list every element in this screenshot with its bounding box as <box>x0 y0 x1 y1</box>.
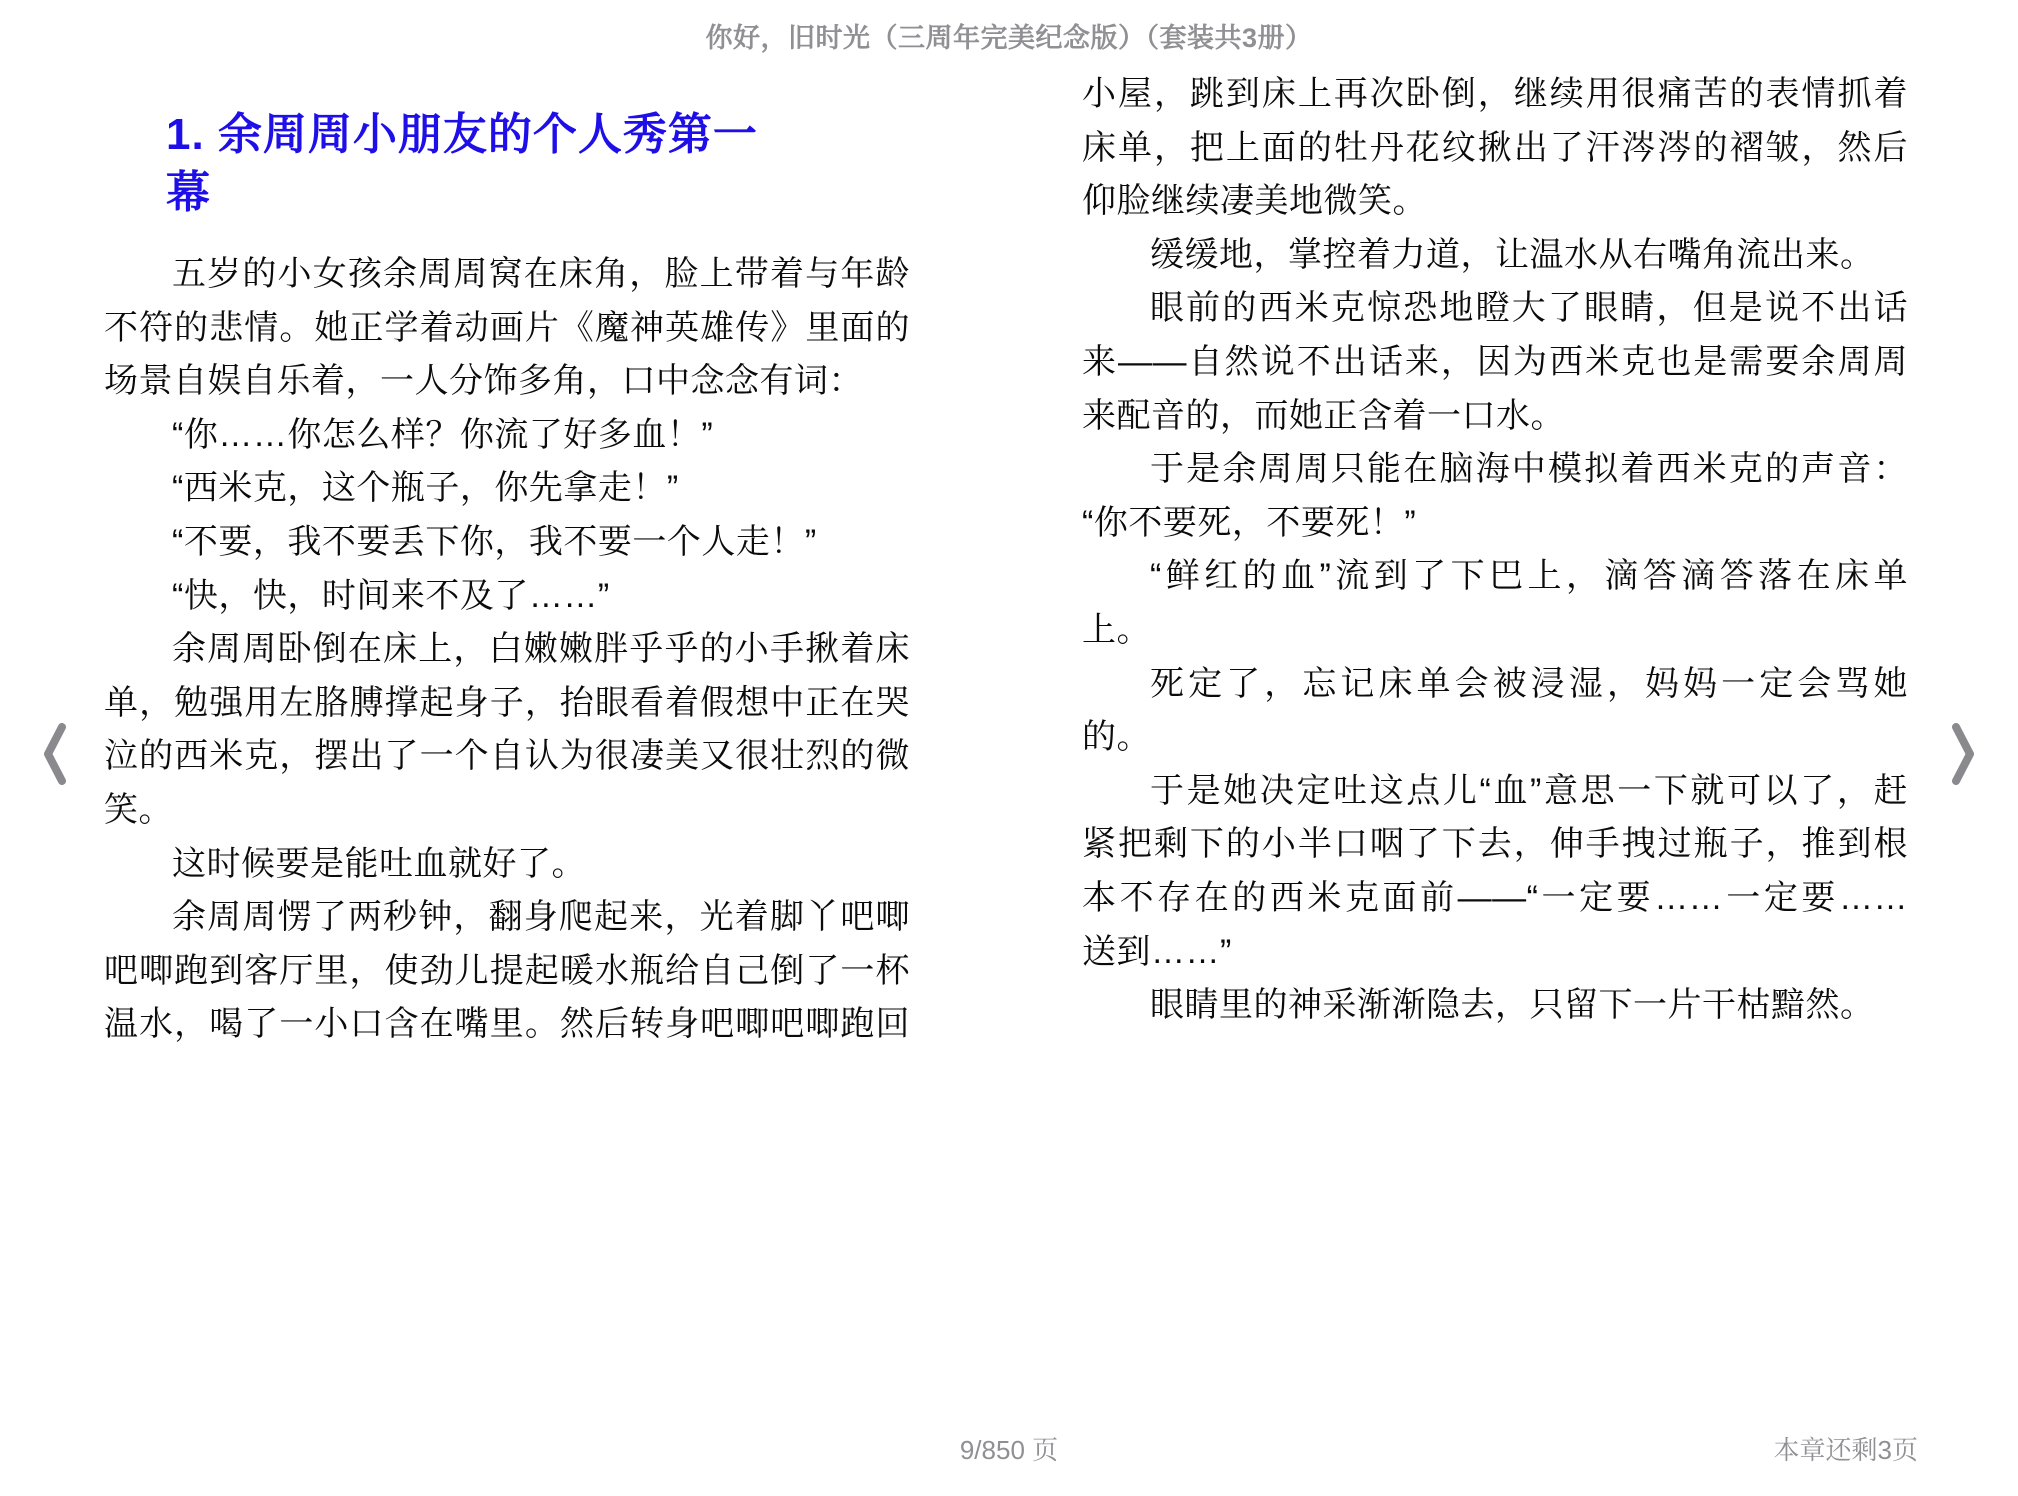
text-line: 于是她决定吐这点儿“血”意思一下就可以了，赶 <box>1082 765 1908 819</box>
book-title-header: 你好，旧时光（三周年完美纪念版）（套装共3册） <box>0 16 2018 55</box>
chevron-right-icon <box>1950 718 1976 790</box>
text-line: 死定了，忘记床单会被浸湿，妈妈一定会骂她 <box>1082 658 1908 712</box>
text-line: 泣的西米克，摆出了一个自认为很凄美又很壮烈的微 <box>104 730 910 784</box>
chevron-left-icon <box>42 718 68 790</box>
text-line: “你不要死，不要死！” <box>1082 497 1908 551</box>
text-line: “鲜红的血”流到了下巴上，滴答滴答落在床单 <box>1082 550 1908 604</box>
text-line: 温水，喝了一小口含在嘴里。然后转身吧唧吧唧跑回 <box>104 998 910 1052</box>
text-line: 眼前的西米克惊恐地瞪大了眼睛，但是说不出话 <box>1082 282 1908 336</box>
reader-page: 你好，旧时光（三周年完美纪念版）（套装共3册） 1. 余周周小朋友的个人秀第一 … <box>0 0 2018 1496</box>
text-line: 上。 <box>1082 604 1908 658</box>
text-line: 眼睛里的神采渐渐隐去，只留下一片干枯黯然。 <box>1082 979 1908 1033</box>
text-line: 的。 <box>1082 711 1908 765</box>
reading-columns: 1. 余周周小朋友的个人秀第一 幕 五岁的小女孩余周周窝在床角，脸上带着与年龄不… <box>104 68 1908 1052</box>
text-line: “西米克，这个瓶子，你先拿走！” <box>104 462 910 516</box>
text-line: “不要，我不要丢下你，我不要一个人走！” <box>104 516 910 570</box>
text-line: 仰脸继续凄美地微笑。 <box>1082 175 1908 229</box>
page-indicator: 9/850 页 <box>0 1430 2018 1467</box>
text-line: 小屋，跳到床上再次卧倒，继续用很痛苦的表情抓着 <box>1082 68 1908 122</box>
text-line: 床单，把上面的牡丹花纹揪出了汗涔涔的褶皱，然后 <box>1082 122 1908 176</box>
text-line: 余周周愣了两秒钟，翻身爬起来，光着脚丫吧唧 <box>104 891 910 945</box>
text-line: 来——自然说不出话来，因为西米克也是需要余周周 <box>1082 336 1908 390</box>
text-line: 这时候要是能吐血就好了。 <box>104 838 910 892</box>
text-line: 笑。 <box>104 784 910 838</box>
text-line: 本不存在的西米克面前——“一定要……一定要…… <box>1082 872 1908 926</box>
prev-page-button[interactable] <box>42 718 68 790</box>
chapter-remaining-label: 本章还剩3页 <box>1774 1430 1918 1467</box>
text-line: 紧把剩下的小半口咽了下去，伸手拽过瓶子，推到根 <box>1082 818 1908 872</box>
text-line: 吧唧跑到客厅里，使劲儿提起暖水瓶给自己倒了一杯 <box>104 945 910 999</box>
text-line: 余周周卧倒在床上，白嫩嫩胖乎乎的小手揪着床 <box>104 623 910 677</box>
right-column: 小屋，跳到床上再次卧倒，继续用很痛苦的表情抓着床单，把上面的牡丹花纹揪出了汗涔涔… <box>1082 68 1908 1033</box>
text-line: 场景自娱自乐着，一人分饰多角，口中念念有词： <box>104 355 910 409</box>
text-line: 于是余周周只能在脑海中模拟着西米克的声音： <box>1082 443 1908 497</box>
next-page-button[interactable] <box>1950 718 1976 790</box>
right-column-text: 小屋，跳到床上再次卧倒，继续用很痛苦的表情抓着床单，把上面的牡丹花纹揪出了汗涔涔… <box>1082 68 1908 1033</box>
chapter-title-line: 1. 余周周小朋友的个人秀第一 <box>166 106 910 164</box>
text-line: 来配音的，而她正含着一口水。 <box>1082 390 1908 444</box>
text-line: 单，勉强用左胳膊撑起身子，抬眼看着假想中正在哭 <box>104 677 910 731</box>
text-line: 缓缓地，掌控着力道，让温水从右嘴角流出来。 <box>1082 229 1908 283</box>
left-column: 1. 余周周小朋友的个人秀第一 幕 五岁的小女孩余周周窝在床角，脸上带着与年龄不… <box>104 68 910 1052</box>
chapter-title-line: 幕 <box>166 164 910 222</box>
left-column-text: 五岁的小女孩余周周窝在床角，脸上带着与年龄不符的悲情。她正学着动画片《魔神英雄传… <box>104 248 910 1052</box>
chapter-title: 1. 余周周小朋友的个人秀第一 幕 <box>104 106 910 222</box>
text-line: “快，快，时间来不及了……” <box>104 570 910 624</box>
text-line: 不符的悲情。她正学着动画片《魔神英雄传》里面的 <box>104 302 910 356</box>
text-line: “你……你怎么样？你流了好多血！” <box>104 409 910 463</box>
text-line: 送到……” <box>1082 926 1908 980</box>
text-line: 五岁的小女孩余周周窝在床角，脸上带着与年龄 <box>104 248 910 302</box>
